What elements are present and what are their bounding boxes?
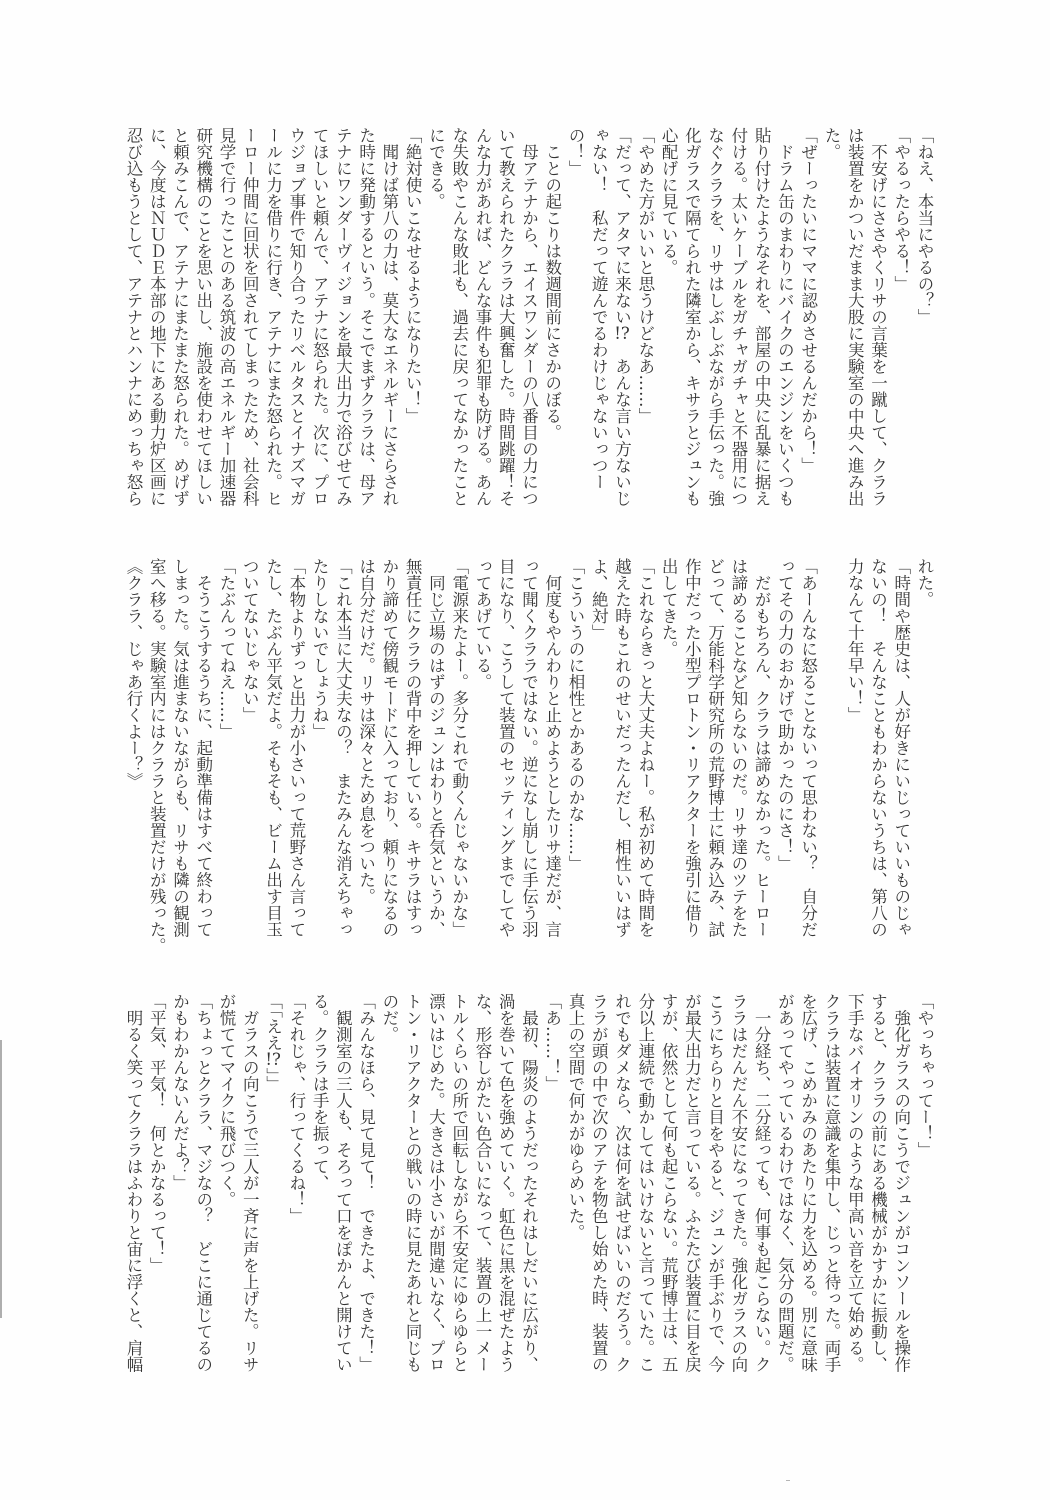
- text-column: トン・リアクターとの戦いの時に見たあれと同じも: [401, 993, 424, 1383]
- blank-column: [820, 558, 843, 948]
- text-column: 「絶対使いこなせるようになりたい！」: [401, 127, 424, 517]
- text-column: 貼り付けたようなそれを、部屋の中央に乱暴に据え: [750, 127, 773, 517]
- text-column: って聞くクララではない。逆になし崩しに手伝う羽: [517, 558, 540, 948]
- text-column: 化ガラスで隔てられた隣室から、キサラとジュンも: [680, 127, 703, 517]
- text-column: ララが頭の中で次のアテを物色し始めた時、装置の: [587, 993, 610, 1383]
- text-tier-top: 「ねえ、本当にやるの？」 「やるったらやる！」 不安げにささやくリサの言葉を一蹴…: [121, 127, 936, 517]
- text-column: な、形容しがたい色合いになって、装置の上一メー: [471, 993, 494, 1383]
- text-column: 越えた時もこれのせいだったんだし、相性いいはず: [610, 558, 633, 948]
- text-column: と頼みこんで、アテナにまたまた怒られた。めげず: [168, 127, 191, 517]
- text-column: のだ。: [378, 993, 401, 1383]
- text-column: ガラスの向こうで三人が一斉に声を上げた。リサ: [238, 993, 261, 1383]
- text-tier-middle: れた。 「時間や歴史は、人が好きにいじっていいものじゃ ないの！ そんなこともわ…: [121, 558, 936, 948]
- text-column: 「やめた方がいいと思うけどなあ……」: [634, 127, 657, 517]
- text-column: たし、たぶん平気だよ。そもそも、ビーム出す目玉: [261, 558, 284, 948]
- text-column: たりしないでしょうね」: [308, 558, 331, 948]
- text-column: トルくらいの所で回転しながら不安定にゆらゆらと: [447, 993, 470, 1383]
- text-column: テナにワンダーヴィジョンを最大出力で浴びせてみ: [331, 127, 354, 517]
- text-column: 「本物よりずっと出力が小さいって荒野さん言って: [285, 558, 308, 948]
- text-column: 分以上連続で動かしてはいけないと言っていた。こ: [634, 993, 657, 1383]
- text-column: 「「ええ!?」」: [261, 993, 284, 1383]
- text-column: の！」: [564, 127, 587, 517]
- text-column: 室へ移る。実験室内にはクララと装置だけが残った。: [145, 558, 168, 948]
- text-column: ドラム缶のまわりにバイクのエンジンをいくつも: [773, 127, 796, 517]
- text-column: 「あ……！」: [540, 993, 563, 1383]
- text-column: 忍び込もうとして、アテナとハンナにめっちゃ怒ら: [122, 127, 145, 517]
- text-column: 明るく笑ってクララはふわりと宙に浮くと、肩幅: [122, 993, 145, 1383]
- text-column: 心配げに見ている。: [657, 127, 680, 517]
- text-column: 「ぜーったいにママに認めさせるんだから！」: [796, 127, 819, 517]
- text-column: 真上の空間で何かがゆらめいた。: [564, 993, 587, 1383]
- text-column: 力なんて十年早い！」: [843, 558, 866, 948]
- text-column: いて教えられたクララは大興奮した。時間跳躍！そ: [494, 127, 517, 517]
- text-column: 《クララ、じゃあ行くよー？》: [122, 558, 145, 948]
- text-column: 「やっちゃってー！」: [913, 993, 936, 1383]
- text-column: 「たぶんってねえ……」: [215, 558, 238, 948]
- text-column: が最大出力だと言っている。ふたたび装置に目を戻: [680, 993, 703, 1383]
- text-column: にできる。: [424, 127, 447, 517]
- text-column: 出してきた。: [657, 558, 680, 948]
- text-column: は装置をかついだまま大股に実験室の中央へ進み出: [843, 127, 866, 517]
- text-column: た。: [820, 127, 843, 517]
- text-column: かもわかんないんだよ？」: [168, 993, 191, 1383]
- text-column: た時に発動するという。そこでまずクララは、母ア: [354, 127, 377, 517]
- text-column: なぐクララを、リサはしぶしぶながら手伝った。強: [703, 127, 726, 517]
- text-column: 漂いはじめた。大きさは小さいが間違いなく、プロ: [424, 993, 447, 1383]
- text-column: 「電源来たよー。多分これで動くんじゃないかな」: [447, 558, 470, 948]
- text-column: 「ねえ、本当にやるの？」: [913, 127, 936, 517]
- text-column: 「ちょっとクララ、マジなの？ どこに通じてるの: [192, 993, 215, 1383]
- text-column: 目になり、こうして装置のセッティングまでしてや: [494, 558, 517, 948]
- text-column: 同じ立場のはずのジュンはわりと呑気というか、: [424, 558, 447, 948]
- text-column: れでもダメなら、次は何を試せばいいのだろう。ク: [610, 993, 633, 1383]
- text-column: があってやっているわけではなく、気分の問題だ。: [773, 993, 796, 1383]
- text-column: ーロー仲間に回状を回されてしまったため、社会科: [238, 127, 261, 517]
- text-column: な失敗やこんな敗北も、過去に戻ってなかったこと: [447, 127, 470, 517]
- text-column: しまった。気は進まないながらも、リサも隣の観測: [168, 558, 191, 948]
- text-column: 付ける。太いケーブルをガチャガチャと不器用につ: [727, 127, 750, 517]
- text-column: 無責任にクララの背中を押している。キサラはすっ: [401, 558, 424, 948]
- text-column: 「こういうのに相性とかあるのかな……」: [564, 558, 587, 948]
- text-column: そうこうするうちに、起動準備はすべて終わって: [192, 558, 215, 948]
- text-column: すると、クララの前にある機械がかすかに振動し、: [866, 993, 889, 1383]
- text-column: に、今度はＮＵＤＥ本部の地下にある動力炉区画に: [145, 127, 168, 517]
- combined-exclamation-question: !?: [264, 1051, 283, 1068]
- text-column: ウジョブ事件で知り合ったリベルタスとイナズマガ: [285, 127, 308, 517]
- text-column: んな力があれば、どんな事件も犯罪も防げる。あん: [471, 127, 494, 517]
- novel-page: 「ねえ、本当にやるの？」 「やるったらやる！」 不安げにささやくリサの言葉を一蹴…: [0, 0, 1050, 1500]
- text-column: 聞けば第八の力は、莫大なエネルギーにさらされ: [378, 127, 401, 517]
- text-column: 「平気、平気！ 何とかなるって！」: [145, 993, 168, 1383]
- text-column: 渦を巻いて色を強めていく。虹色に黒を混ぜたよう: [494, 993, 517, 1383]
- text-column: ないの！ そんなこともわからないうちは、第八の: [866, 558, 889, 948]
- text-column: が慌ててマイクに飛びつく。: [215, 993, 238, 1383]
- text-column: 「これならきっと大丈夫よねー。私が初めて時間を: [634, 558, 657, 948]
- text-column: 「あーんなに怒ることないって思わない？ 自分だ: [796, 558, 819, 948]
- text-column: 「だって、アタマに来ない!? あんな言い方ないじ: [610, 127, 633, 517]
- text-column: ララはだんだん不安になってきた。強化ガラスの向: [727, 993, 750, 1383]
- text-column: 何度もやんわりと止めようとしたリサ達だが、言: [540, 558, 563, 948]
- text-column: れた。: [913, 558, 936, 948]
- text-column: 「みんなほら、見て見て！ できたよ、できた！」: [354, 993, 377, 1383]
- text-column: ってその力のおかげで助かったのにさ！」: [773, 558, 796, 948]
- text-column: 研究機構のことを思い出し、施設を使わせてほしい: [192, 127, 215, 517]
- text-column: ついてないじゃない」: [238, 558, 261, 948]
- text-column: は諦めることなど知らないのだ。リサ達のツテをた: [727, 558, 750, 948]
- text-column: 強化ガラスの向こうでジュンがコンソールを操作: [889, 993, 912, 1383]
- text-column: る。クララは手を振って、: [308, 993, 331, 1383]
- text-column: てほしいと頼んで、アテナに怒られた。次に、プロ: [308, 127, 331, 517]
- text-column: 「これ本当に大丈夫なの？ またみんな消えちゃっ: [331, 558, 354, 948]
- text-column: どって、万能科学研究所の荒野博士に頼み込み、試: [703, 558, 726, 948]
- text-column: 観測室の三人も、そろって口をぽかんと開けてい: [331, 993, 354, 1383]
- text-column: かり諦めて傍観モードに入っており、頼りになるの: [378, 558, 401, 948]
- text-column: は自分だけだ。リサは深々とため息をついた。: [354, 558, 377, 948]
- scan-edge-line: [0, 1040, 2, 1318]
- text-column: ことの起こりは数週間前にさかのぼる。: [540, 127, 563, 517]
- text-column: 作中だった小型プロトン・リアクターを強引に借り: [680, 558, 703, 948]
- text-column: すが、依然として何も起こらない。荒野博士は、五: [657, 993, 680, 1383]
- text-column: 「時間や歴史は、人が好きにいじっていいものじゃ: [889, 558, 912, 948]
- text-column: クララは装置に意識を集中し、じっと待った。両手: [820, 993, 843, 1383]
- text-column: 下手なバイオリンのような甲高い音を立て始める。: [843, 993, 866, 1383]
- text-column: 「やるったらやる！」: [889, 127, 912, 517]
- text-column: 一分経ち、二分経っても、何事も起こらない。ク: [750, 993, 773, 1383]
- text-column: だがもちろん、クララは諦めなかった。ヒーロー: [750, 558, 773, 948]
- scan-speck: [786, 1480, 790, 1481]
- text-column: 「それじゃ、行ってくるね！」: [285, 993, 308, 1383]
- text-column: ってあげている。: [471, 558, 494, 948]
- text-column: こうにちらりと目をやると、ジュンが手ぶりで、今: [703, 993, 726, 1383]
- text-column: ールに力を借りに行き、アテナにまた怒られた。ヒ: [261, 127, 284, 517]
- text-column: 母アテナから、エイスワンダーの八番目の力につ: [517, 127, 540, 517]
- text-tier-bottom: 「やっちゃってー！」 強化ガラスの向こうでジュンがコンソールを操作 すると、クラ…: [121, 993, 936, 1383]
- text-column: 不安げにささやくリサの言葉を一蹴して、クララ: [866, 127, 889, 517]
- text-column: ゃない！ 私だって遊んでるわけじゃないっつー: [587, 127, 610, 517]
- combined-exclamation-question: !?: [613, 325, 632, 342]
- text-column: 最初、陽炎のようだったそれはしだいに広がり、: [517, 993, 540, 1383]
- text-column: よ、絶対」: [587, 558, 610, 948]
- text-column: を広げ、こめかみのあたりに力を込める。別に意味: [796, 993, 819, 1383]
- text-column: 見学で行ったことのある筑波の高エネルギー加速器: [215, 127, 238, 517]
